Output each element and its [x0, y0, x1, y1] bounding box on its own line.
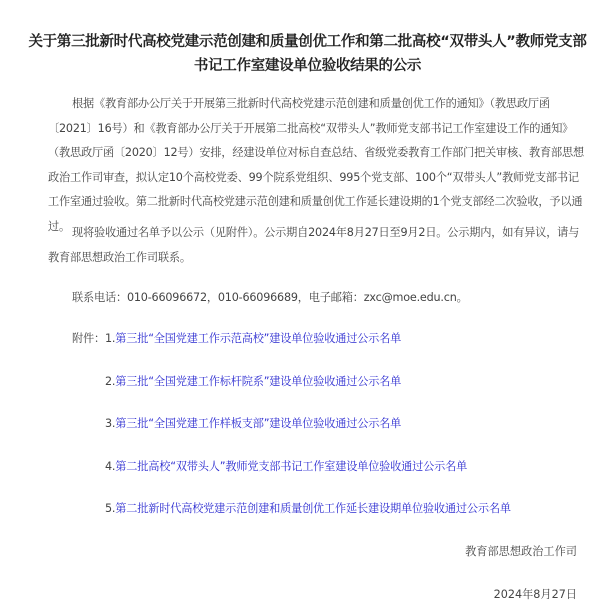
attachment-item-2: 2.第三批“全国党建工作标杆院系”建设单位验收通过公示名单 — [105, 374, 401, 390]
notice-page: 关于第三批新时代高校党建示范创建和质量创优工作和第二批高校“双带头人”教师党支部… — [0, 0, 615, 610]
signature-org: 教育部思想政治工作司 — [465, 543, 577, 559]
attachment-item-1: 附件：1.第三批“全国党建工作示范高校”建设单位验收通过公示名单 — [72, 331, 401, 347]
body-paragraph-1: 根据《教育部办公厅关于开展第三批新时代高校党建示范创建和质量创优工作的通知》（教… — [48, 92, 588, 239]
attachment-link-2[interactable]: 第三批“全国党建工作标杆院系”建设单位验收通过公示名单 — [115, 375, 401, 388]
signature-date: 2024年8月27日 — [494, 586, 577, 602]
attachment-label: 附件： — [72, 332, 105, 345]
attachment-link-3[interactable]: 第三批“全国党建工作样板支部”建设单位验收通过公示名单 — [115, 417, 401, 430]
attachment-item-3: 3.第三批“全国党建工作样板支部”建设单位验收通过公示名单 — [105, 416, 401, 432]
attachment-link-4[interactable]: 第二批高校“双带头人”教师党支部书记工作室建设单位验收通过公示名单 — [115, 460, 467, 473]
title-line-2: 书记工作室建设单位验收结果的公示 — [0, 54, 615, 78]
attachment-item-4: 4.第二批高校“双带头人”教师党支部书记工作室建设单位验收通过公示名单 — [105, 459, 467, 475]
contact-info: 联系电话：010-66096672，010-66096689，电子邮箱：zxc@… — [48, 286, 588, 311]
attachment-link-5[interactable]: 第二批新时代高校党建示范创建和质量创优工作延长建设期单位验收通过公示名单 — [115, 502, 511, 515]
attachment-item-5: 5.第二批新时代高校党建示范创建和质量创优工作延长建设期单位验收通过公示名单 — [105, 501, 511, 517]
attachment-link-1[interactable]: 第三批“全国党建工作示范高校”建设单位验收通过公示名单 — [115, 332, 401, 345]
body-paragraph-2: 现将验收通过名单予以公示（见附件）。公示期自2024年8月27日至9月2日。公示… — [48, 221, 588, 270]
page-title: 关于第三批新时代高校党建示范创建和质量创优工作和第二批高校“双带头人”教师党支部… — [0, 30, 615, 78]
title-line-1: 关于第三批新时代高校党建示范创建和质量创优工作和第二批高校“双带头人”教师党支部 — [0, 30, 615, 54]
